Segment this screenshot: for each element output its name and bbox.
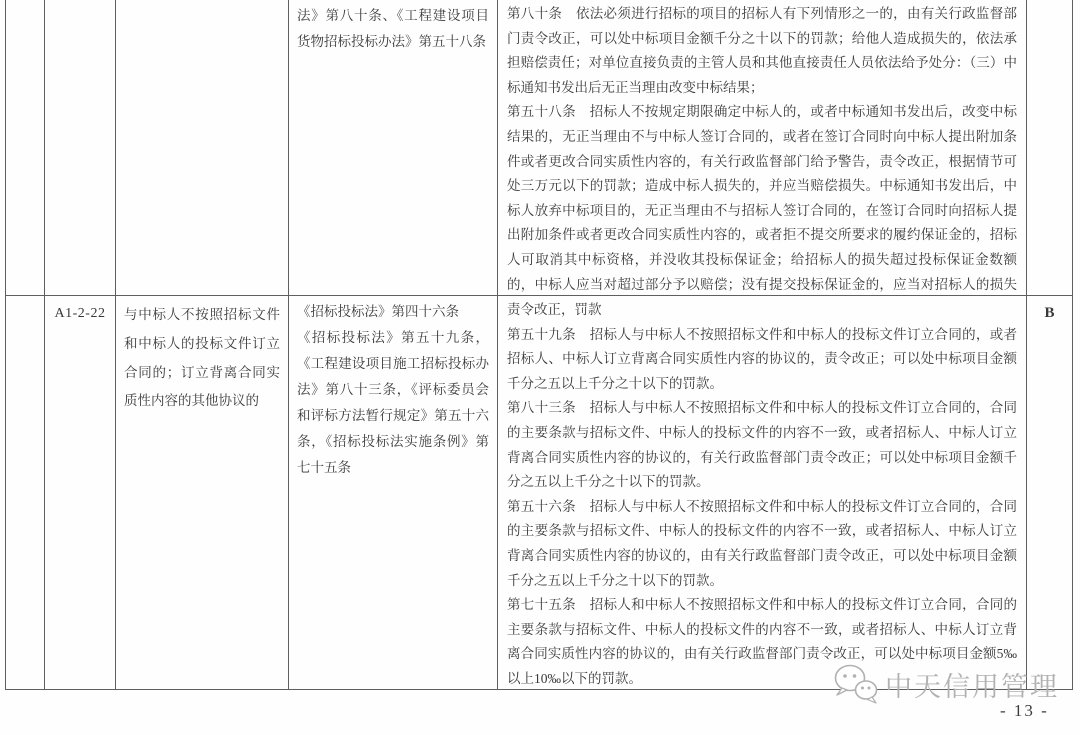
wechat-icon bbox=[832, 662, 880, 706]
penalty-paragraph: 第五十八条 招标人不按规定期限确定中标人的，或者中标通知书发出后，改变中标结果的… bbox=[507, 100, 1017, 296]
legal-basis-text: 《招标投标法》第五十九条，《工程建设项目施工招标投标办法》第八十三条，《评标委员… bbox=[297, 325, 489, 481]
legal-basis-cell: 《招标投标法》第四十六条 《招标投标法》第五十九条，《工程建设项目施工招标投标办… bbox=[289, 296, 498, 689]
legal-basis-text: 《招标投标法》第四十六条 bbox=[297, 299, 489, 325]
violation-code-cell: A1-2-22 bbox=[45, 296, 116, 689]
penalty-table: 法》第八十条、《工程建设项目货物招标投标办法》第五十八条 第八十条 依法必须进行… bbox=[5, 0, 1073, 690]
table-row: A1-2-22 与中标人不按照招标文件和中标人的投标文件订立合同的；订立背离合同… bbox=[6, 296, 1073, 689]
watermark: 中天信用管理 bbox=[832, 662, 1059, 706]
penalty-details-cell: 责令改正，罚款 第五十九条 招标人与中标人不按照招标文件和中标人的投标文件订立合… bbox=[498, 296, 1027, 689]
legal-basis-text: 法》第八十条、《工程建设项目货物招标投标办法》第五十八条 bbox=[297, 3, 489, 55]
grade-cell: B bbox=[1027, 296, 1073, 689]
page-number: - 13 - bbox=[1000, 701, 1049, 721]
penalty-paragraph: 责令改正，罚款 bbox=[507, 298, 1017, 323]
table-row: 法》第八十条、《工程建设项目货物招标投标办法》第五十八条 第八十条 依法必须进行… bbox=[6, 0, 1073, 296]
violation-code-cell bbox=[45, 0, 116, 296]
penalty-paragraph: 第五十九条 招标人与中标人不按照招标文件和中标人的投标文件订立合同的，或者招标人… bbox=[507, 323, 1017, 397]
spacer-cell bbox=[6, 0, 45, 296]
penalty-paragraph: 第五十六条 招标人与中标人不按照招标文件和中标人的投标文件订立合同的，合同的主要… bbox=[507, 495, 1017, 593]
spacer-cell bbox=[6, 296, 45, 689]
penalty-details-cell: 第八十条 依法必须进行招标的项目的招标人有下列情形之一的，由有关行政监督部门责令… bbox=[498, 0, 1027, 296]
penalty-paragraph: 第八十条 依法必须进行招标的项目的招标人有下列情形之一的，由有关行政监督部门责令… bbox=[507, 2, 1017, 100]
violation-desc-cell: 与中标人不按照招标文件和中标人的投标文件订立合同的；订立背离合同实质性内容的其他… bbox=[116, 296, 289, 689]
violation-desc-cell bbox=[116, 0, 289, 296]
document-page: 法》第八十条、《工程建设项目货物招标投标办法》第五十八条 第八十条 依法必须进行… bbox=[0, 0, 1080, 735]
legal-basis-cell: 法》第八十条、《工程建设项目货物招标投标办法》第五十八条 bbox=[289, 0, 498, 296]
watermark-brand-text: 中天信用管理 bbox=[885, 665, 1059, 704]
grade-cell bbox=[1027, 0, 1073, 296]
penalty-paragraph: 第八十三条 招标人与中标人不按照招标文件和中标人的投标文件订立合同的，合同的主要… bbox=[507, 396, 1017, 494]
